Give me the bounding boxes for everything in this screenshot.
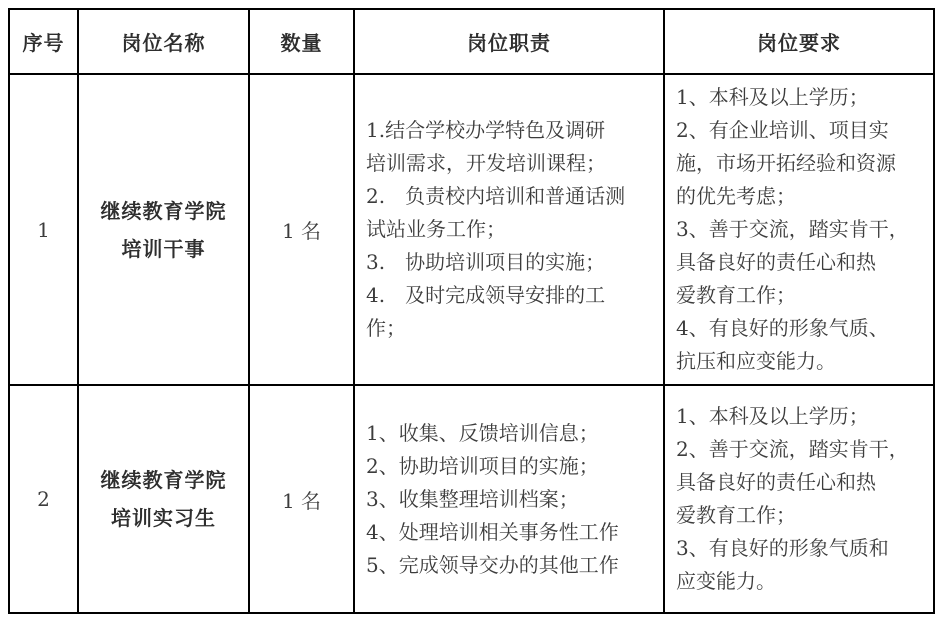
duty-item: 3、收集整理培训档案； — [366, 483, 657, 516]
duties-list: 1、收集、反馈培训信息；2、协助培训项目的实施；3、收集整理培训档案；4、处理培… — [355, 411, 663, 588]
header-position-name: 岗位名称 — [78, 9, 249, 74]
row-index-cell: 1 — [9, 74, 78, 385]
header-count: 数量 — [249, 9, 354, 74]
job-postings-table: 序号 岗位名称 数量 岗位职责 岗位要求 1 继续教育学院 培训干事 1 名 1… — [8, 8, 935, 614]
position-name-cell: 继续教育学院 培训实习生 — [78, 385, 249, 613]
requirement-item: 2、善于交流，踏实肯干， 具备良好的责任心和热 爱教育工作； — [676, 433, 927, 532]
requirement-item: 2、有企业培训、项目实 施，市场开拓经验和资源 的优先考虑； — [676, 114, 927, 213]
header-duties: 岗位职责 — [354, 9, 664, 74]
headcount-cell: 1 名 — [249, 74, 354, 385]
table-row: 1 继续教育学院 培训干事 1 名 1.结合学校办学特色及调研 培训需求，开发培… — [9, 74, 934, 385]
requirements-cell: 1、本科及以上学历；2、有企业培训、项目实 施，市场开拓经验和资源 的优先考虑；… — [664, 74, 934, 385]
duty-item: 2. 负责校内培训和普通话测 试站业务工作； — [366, 180, 657, 246]
document-page: 序号 岗位名称 数量 岗位职责 岗位要求 1 继续教育学院 培训干事 1 名 1… — [0, 0, 941, 625]
duty-item: 3. 协助培训项目的实施； — [366, 246, 657, 279]
duty-item: 4、处理培训相关事务性工作 — [366, 516, 657, 549]
duty-item: 4. 及时完成领导安排的工 作； — [366, 279, 657, 345]
duty-item: 5、完成领导交办的其他工作 — [366, 549, 657, 582]
duty-item: 1.结合学校办学特色及调研 培训需求，开发培训课程； — [366, 114, 657, 180]
header-index: 序号 — [9, 9, 78, 74]
duty-item: 2、协助培训项目的实施； — [366, 450, 657, 483]
header-requirements: 岗位要求 — [664, 9, 934, 74]
requirement-item: 4、有良好的形象气质、 抗压和应变能力。 — [676, 312, 927, 378]
requirement-item: 1、本科及以上学历； — [676, 400, 927, 433]
requirements-list: 1、本科及以上学历；2、有企业培训、项目实 施，市场开拓经验和资源 的优先考虑；… — [665, 75, 933, 384]
row-index-cell: 2 — [9, 385, 78, 613]
duties-cell: 1、收集、反馈培训信息；2、协助培训项目的实施；3、收集整理培训档案；4、处理培… — [354, 385, 664, 613]
requirements-cell: 1、本科及以上学历；2、善于交流，踏实肯干， 具备良好的责任心和热 爱教育工作；… — [664, 385, 934, 613]
duties-cell: 1.结合学校办学特色及调研 培训需求，开发培训课程；2. 负责校内培训和普通话测… — [354, 74, 664, 385]
requirement-item: 3、有良好的形象气质和 应变能力。 — [676, 532, 927, 598]
requirements-list: 1、本科及以上学历；2、善于交流，踏实肯干， 具备良好的责任心和热 爱教育工作；… — [665, 394, 933, 604]
table-row: 2 继续教育学院 培训实习生 1 名 1、收集、反馈培训信息；2、协助培训项目的… — [9, 385, 934, 613]
position-name-cell: 继续教育学院 培训干事 — [78, 74, 249, 385]
duty-item: 1、收集、反馈培训信息； — [366, 417, 657, 450]
header-row: 序号 岗位名称 数量 岗位职责 岗位要求 — [9, 9, 934, 74]
requirement-item: 3、善于交流，踏实肯干， 具备良好的责任心和热 爱教育工作； — [676, 213, 927, 312]
headcount-cell: 1 名 — [249, 385, 354, 613]
requirement-item: 1、本科及以上学历； — [676, 81, 927, 114]
duties-list: 1.结合学校办学特色及调研 培训需求，开发培训课程；2. 负责校内培训和普通话测… — [355, 108, 663, 351]
